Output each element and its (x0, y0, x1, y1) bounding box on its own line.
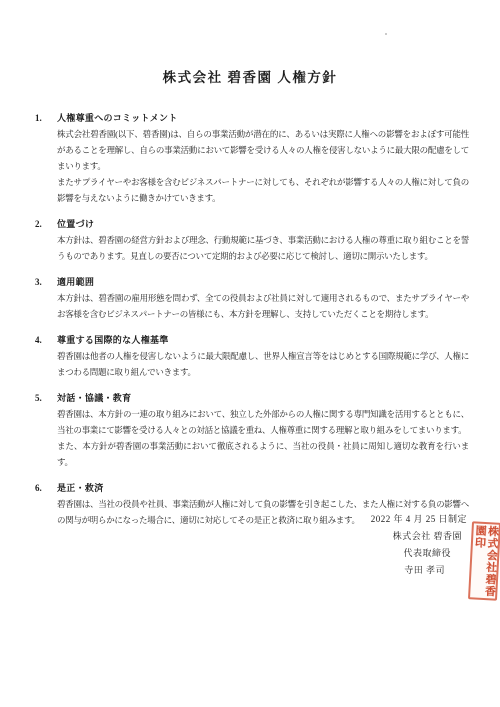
section-heading: 対話・協議・教育 (57, 390, 131, 406)
section-number: 6. (35, 480, 57, 496)
page-title: 株式会社 碧香園 人権方針 (0, 66, 500, 86)
section-paragraph: 株式会社碧香園(以下、碧香園)は、自らの事業活動が潜在的に、あるいは実際に人権へ… (57, 126, 469, 174)
scan-speck (385, 33, 387, 35)
enactment-date: 2022 年 4 月 25 日制定 (371, 511, 467, 528)
section-scope: 3. 適用範囲 本方針は、碧香園の雇用形態を問わず、全ての役員および社員に対して… (35, 274, 469, 322)
section-number: 1. (35, 110, 57, 126)
representative-title: 代表取締役 (371, 545, 467, 562)
section-paragraph: またサプライヤーやお客様を含むビジネスパートナーに対しても、それぞれが影響する人… (57, 174, 469, 206)
company-name: 株式会社 碧香園 (371, 528, 467, 545)
section-paragraph: 本方針は、碧香園の雇用形態を問わず、全ての役員および社員に対して適用されるもので… (57, 290, 469, 322)
representative-name: 寺田 孝司 (371, 562, 467, 579)
policy-body: 1. 人権尊重へのコミットメント 株式会社碧香園(以下、碧香園)は、自らの事業活… (35, 110, 469, 538)
section-heading: 人権尊重へのコミットメント (57, 110, 178, 126)
section-heading: 適用範囲 (57, 274, 94, 290)
section-dialogue-education: 5. 対話・協議・教育 碧香園は、本方針の一連の取り組みにおいて、独立した外部か… (35, 390, 469, 470)
section-paragraph: 本方針は、碧香園の経営方針および理念、行動規範に基づき、事業活動における人権の尊… (57, 232, 469, 264)
section-number: 4. (35, 332, 57, 348)
section-heading: 尊重する国際的な人権基準 (57, 332, 169, 348)
document-page: 株式会社 碧香園 人権方針 1. 人権尊重へのコミットメント 株式会社碧香園(以… (0, 0, 500, 707)
section-commitment: 1. 人権尊重へのコミットメント 株式会社碧香園(以下、碧香園)は、自らの事業活… (35, 110, 469, 206)
section-number: 2. (35, 216, 57, 232)
company-seal-stamp: 株式会社碧香園印 (468, 521, 500, 600)
section-heading: 是正・救済 (57, 480, 104, 496)
seal-column-right: 株式会社 (484, 525, 498, 574)
section-number: 3. (35, 274, 57, 290)
section-paragraph: また、本方針が碧香園の事業活動において徹底されるように、当社の役員・社員に周知し… (57, 438, 469, 470)
section-heading: 位置づけ (57, 216, 94, 232)
section-paragraph: 碧香園は他者の人権を侵害しないように最大限配慮し、世界人権宣言等をはじめとする国… (57, 348, 469, 380)
signature-block: 2022 年 4 月 25 日制定 株式会社 碧香園 代表取締役 寺田 孝司 (371, 511, 467, 579)
section-number: 5. (35, 390, 57, 406)
section-international-standards: 4. 尊重する国際的な人権基準 碧香園は他者の人権を侵害しないように最大限配慮し… (35, 332, 469, 380)
section-paragraph: 碧香園は、本方針の一連の取り組みにおいて、独立した外部からの人権に関する専門知識… (57, 406, 469, 438)
section-positioning: 2. 位置づけ 本方針は、碧香園の経営方針および理念、行動規範に基づき、事業活動… (35, 216, 469, 264)
